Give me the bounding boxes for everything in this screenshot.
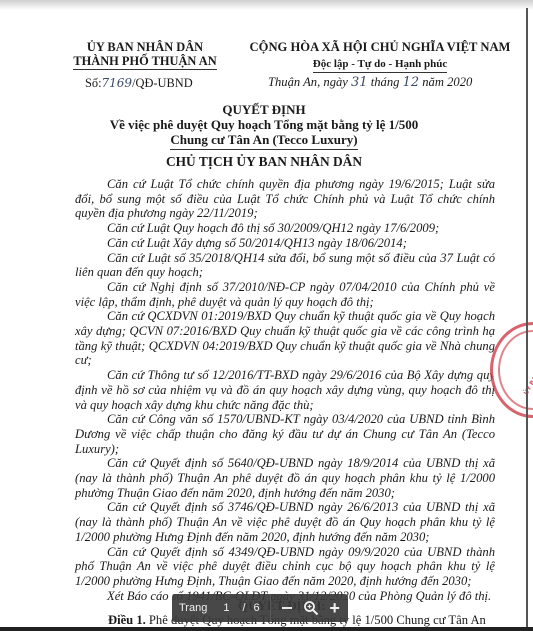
page-bottom-edge — [0, 627, 533, 631]
paragraph: Căn cứ Luật số 35/2018/QH14 sửa đổi, bổ … — [75, 251, 495, 280]
document-title: QUYẾT ĐỊNH — [0, 102, 528, 117]
plus-icon: + — [329, 599, 340, 617]
toolbar-divider — [270, 594, 271, 622]
date-month-label: tháng — [368, 75, 403, 89]
paragraph: Căn cứ Quyết định số 3746/QĐ-UBND ngày 2… — [75, 500, 495, 544]
date-place: Thuận An, ngày — [268, 75, 351, 89]
document-page: ỦY BAN NHÂN DÂN THÀNH PHỐ THUẬN AN Số:71… — [0, 0, 528, 631]
date-day: 31 — [351, 75, 368, 90]
date-year: năm 2020 — [419, 75, 472, 89]
date-month: 12 — [403, 75, 420, 90]
paragraph: Căn cứ Luật Quy hoạch đô thị số 30/2009/… — [75, 221, 495, 236]
number-handwritten: 7169 — [102, 76, 133, 90]
paragraph: Căn cứ QCXDVN 01:2019/BXD Quy chuẩn kỹ t… — [75, 309, 495, 368]
page-right-edge — [526, 8, 528, 631]
issuer-title: CHỦ TỊCH ỦY BAN NHÂN DÂN — [0, 154, 528, 170]
document-number: Số:7169/QĐ-UBND — [85, 76, 193, 91]
nation-title: CỘNG HÒA XÃ HỘI CHỦ NGHĨA VIỆT NAM — [230, 40, 530, 54]
motto: Độc lập - Tự do - Hạnh phúc — [313, 58, 447, 73]
legal-basis: Căn cứ Luật Tổ chức chính quyền địa phươ… — [75, 177, 495, 603]
paragraph: Căn cứ Quyết định số 4349/QĐ-UBND ngày 0… — [75, 545, 495, 589]
page-label: Trang — [179, 602, 207, 614]
paragraph: Căn cứ Công văn số 1570/UBND-KT ngày 03/… — [75, 412, 495, 456]
number-suffix: /QĐ-UBND — [132, 76, 193, 90]
number-prefix: Số: — [85, 76, 102, 90]
agency-line-2: THÀNH PHỐ THUẬN AN — [73, 54, 216, 70]
zoom-in-button[interactable]: + — [323, 596, 347, 620]
subject-line-2: Chung cư Tân An (Tecco Luxury) — [0, 132, 528, 150]
agency-line-1: ỦY BAN NHÂN DÂN — [60, 40, 230, 54]
minus-icon — [282, 607, 292, 609]
page-separator: / — [242, 602, 245, 614]
total-pages: 6 — [254, 602, 260, 614]
paragraph: Căn cứ Luật Xây dựng số 50/2014/QH13 ngà… — [75, 236, 495, 251]
magnifier-icon — [303, 600, 319, 616]
subject-line-2-text: Chung cư Tân An (Tecco Luxury) — [170, 132, 357, 150]
subject-line-1: Về việc phê duyệt Quy hoạch Tổng mặt bằn… — [0, 117, 528, 132]
pdf-viewer-toolbar: Trang 1 / 6 + — [172, 594, 348, 622]
paragraph: Căn cứ Luật Tổ chức chính quyền địa phươ… — [75, 177, 495, 221]
paragraph: Căn cứ Thông tư số 12/2016/TT-BXD ngày 2… — [75, 368, 495, 412]
paragraph: Căn cứ Nghị định số 37/2010/NĐ-CP ngày 0… — [75, 280, 495, 309]
article-1-label: Điều 1. — [108, 613, 146, 627]
current-page-input[interactable]: 1 — [223, 602, 229, 614]
zoom-reset-button[interactable] — [299, 596, 323, 620]
issue-date: Thuận An, ngày 31 tháng 12 năm 2020 — [268, 75, 472, 90]
zoom-out-button[interactable] — [275, 596, 299, 620]
issuing-agency: ỦY BAN NHÂN DÂN THÀNH PHỐ THUẬN AN — [60, 40, 230, 70]
paragraph: Căn cứ Quyết định số 5640/QĐ-UBND ngày 1… — [75, 456, 495, 500]
national-header: CỘNG HÒA XÃ HỘI CHỦ NGHĨA VIỆT NAM Độc l… — [230, 40, 530, 73]
